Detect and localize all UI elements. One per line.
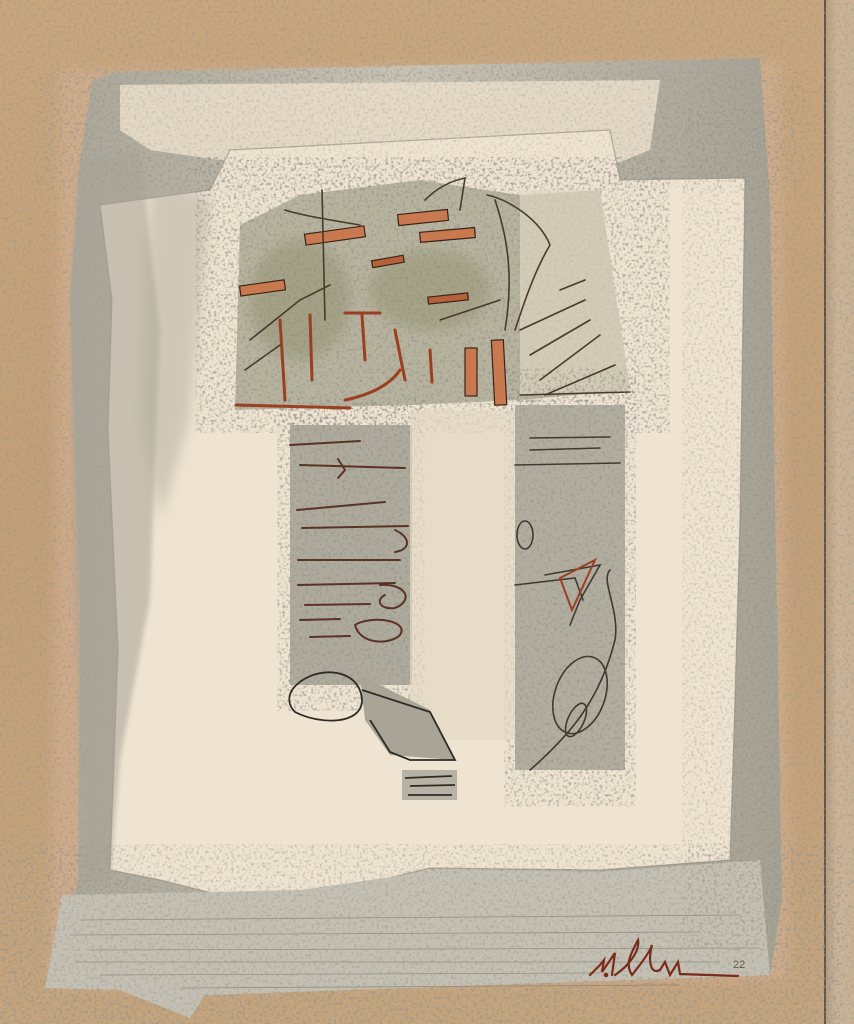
painting-canvas: 22 N.Um bbox=[0, 0, 854, 1024]
artwork-svg: 22 bbox=[0, 0, 854, 1024]
